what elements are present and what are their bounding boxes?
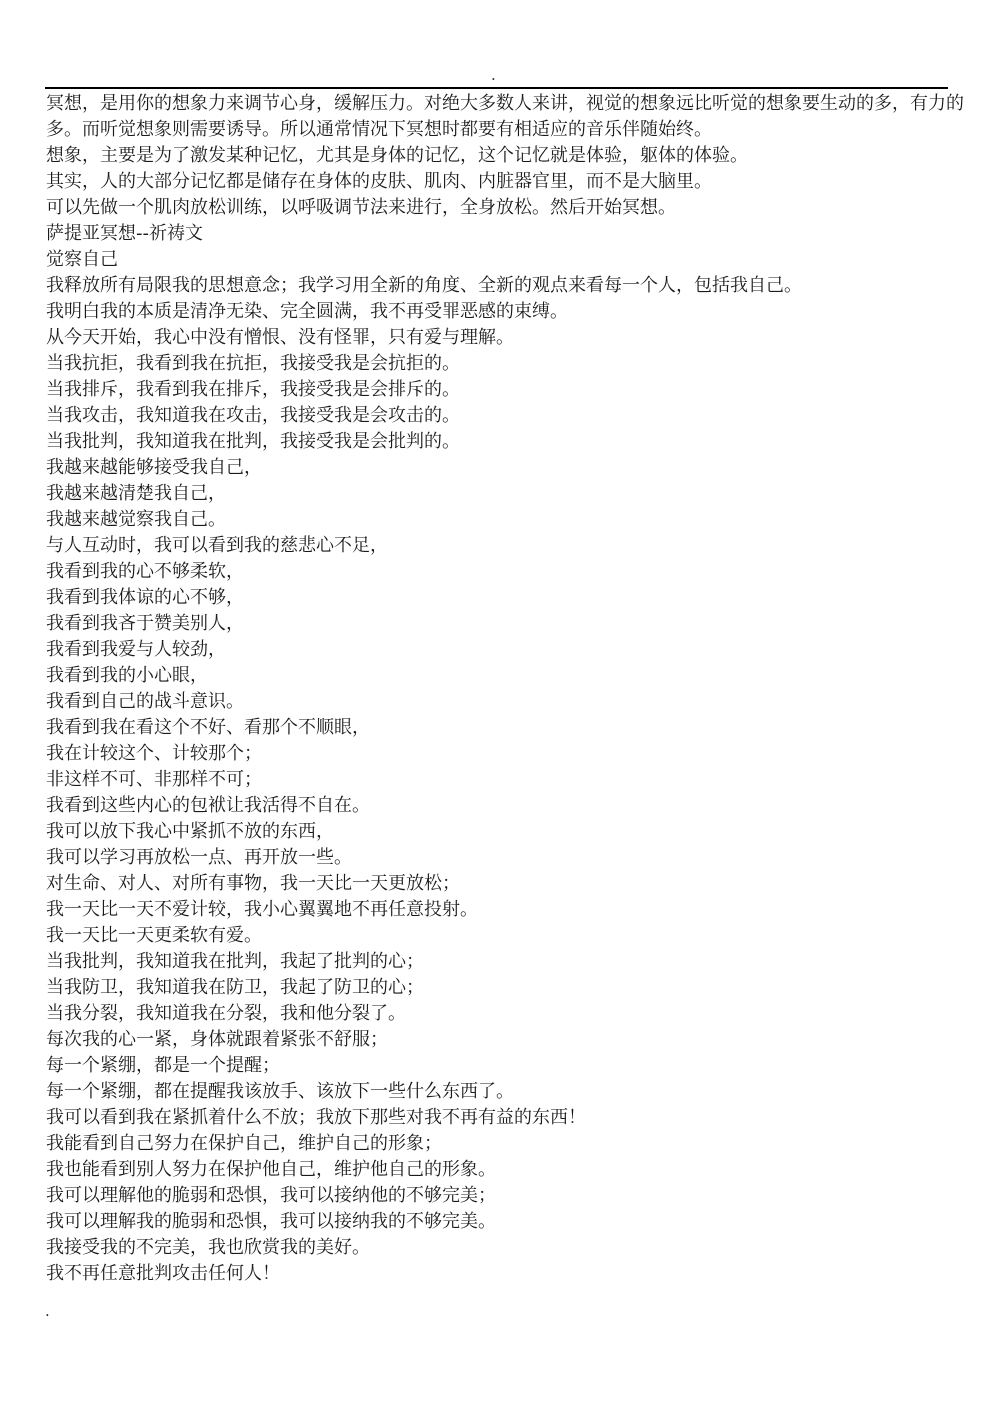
text-line: 我明白我的本质是清净无染、完全圆满，我不再受罪恶感的束缚。	[46, 299, 976, 325]
text-line: 从今天开始，我心中没有憎恨、没有怪罪，只有爱与理解。	[46, 325, 976, 351]
text-line: 我越来越觉察我自己。	[46, 507, 976, 533]
text-line: 我一天比一天不爱计较，我小心翼翼地不再任意投射。	[46, 897, 976, 923]
text-line: 想象，主要是为了激发某种记忆，尤其是身体的记忆，这个记忆就是体验，躯体的体验。	[46, 143, 976, 169]
text-line: 非这样不可、非那样不可；	[46, 767, 976, 793]
text-line: 我可以理解我的脆弱和恐惧，我可以接纳我的不够完美。	[46, 1209, 976, 1235]
text-line: 我可以看到我在紧抓着什么不放；我放下那些对我不再有益的东西！	[46, 1105, 976, 1131]
text-line: 每次我的心一紧，身体就跟着紧张不舒服；	[46, 1027, 976, 1053]
text-line: 当我防卫，我知道我在防卫，我起了防卫的心；	[46, 975, 976, 1001]
text-line: 其实，人的大部分记忆都是储存在身体的皮肤、肌肉、内脏器官里，而不是大脑里。	[46, 169, 976, 195]
text-line: 我看到我在看这个不好、看那个不顺眼，	[46, 715, 976, 741]
stray-dot-bottom: .	[45, 1304, 50, 1319]
text-line: 我接受我的不完美，我也欣赏我的美好。	[46, 1235, 976, 1261]
text-line: 每一个紧绷，都是一个提醒；	[46, 1053, 976, 1079]
text-line: 当我排斥，我看到我在排斥，我接受我是会排斥的。	[46, 377, 976, 403]
text-line: 当我攻击，我知道我在攻击，我接受我是会攻击的。	[46, 403, 976, 429]
text-line: 我不再任意批判攻击任何人！	[46, 1261, 976, 1287]
text-line: 冥想，是用你的想象力来调节心身，缓解压力。对绝大多数人来讲，视觉的想象远比听觉的…	[46, 91, 976, 117]
text-line: 当我抗拒，我看到我在抗拒，我接受我是会抗拒的。	[46, 351, 976, 377]
text-line: 我看到我吝于赞美别人，	[46, 611, 976, 637]
text-line: 觉察自己	[46, 247, 976, 273]
text-line: 我看到我的小心眼，	[46, 663, 976, 689]
top-divider-line	[45, 87, 948, 89]
text-line: 我也能看到别人努力在保护他自己，维护他自己的形象。	[46, 1157, 976, 1183]
text-line: 当我批判，我知道我在批判，我接受我是会批判的。	[46, 429, 976, 455]
text-line: 我可以学习再放松一点、再开放一些。	[46, 845, 976, 871]
text-line: 我看到我爱与人较劲，	[46, 637, 976, 663]
text-line: 当我批判，我知道我在批判，我起了批判的心；	[46, 949, 976, 975]
text-line: 当我分裂，我知道我在分裂，我和他分裂了。	[46, 1001, 976, 1027]
text-line: 我一天比一天更柔软有爱。	[46, 923, 976, 949]
text-line: 可以先做一个肌肉放松训练，以呼吸调节法来进行，全身放松。然后开始冥想。	[46, 195, 976, 221]
text-line: 我能看到自己努力在保护自己，维护自己的形象；	[46, 1131, 976, 1157]
document-page: . 冥想，是用你的想象力来调节心身，缓解压力。对绝大多数人来讲，视觉的想象远比听…	[0, 0, 993, 1404]
text-line: 我看到这些内心的包袱让我活得不自在。	[46, 793, 976, 819]
text-line: 我越来越清楚我自己，	[46, 481, 976, 507]
text-line: 我可以放下我心中紧抓不放的东西，	[46, 819, 976, 845]
text-line: 对生命、对人、对所有事物，我一天比一天更放松；	[46, 871, 976, 897]
text-line: 我看到我的心不够柔软，	[46, 559, 976, 585]
text-line: 我在计较这个、计较那个；	[46, 741, 976, 767]
text-line: 我越来越能够接受我自己，	[46, 455, 976, 481]
stray-dot-top: .	[491, 68, 496, 83]
text-line: 我看到我体谅的心不够，	[46, 585, 976, 611]
text-line: 我释放所有局限我的思想意念；我学习用全新的角度、全新的观点来看每一个人，包括我自…	[46, 273, 976, 299]
text-line: 萨提亚冥想--祈祷文	[46, 221, 976, 247]
text-line: 多。而听觉想象则需要诱导。所以通常情况下冥想时都要有相适应的音乐伴随始终。	[46, 117, 976, 143]
text-line: 每一个紧绷，都在提醒我该放手、该放下一些什么东西了。	[46, 1079, 976, 1105]
document-body: 冥想，是用你的想象力来调节心身，缓解压力。对绝大多数人来讲，视觉的想象远比听觉的…	[46, 91, 976, 1287]
text-line: 我看到自己的战斗意识。	[46, 689, 976, 715]
text-line: 与人互动时，我可以看到我的慈悲心不足，	[46, 533, 976, 559]
text-line: 我可以理解他的脆弱和恐惧，我可以接纳他的不够完美；	[46, 1183, 976, 1209]
